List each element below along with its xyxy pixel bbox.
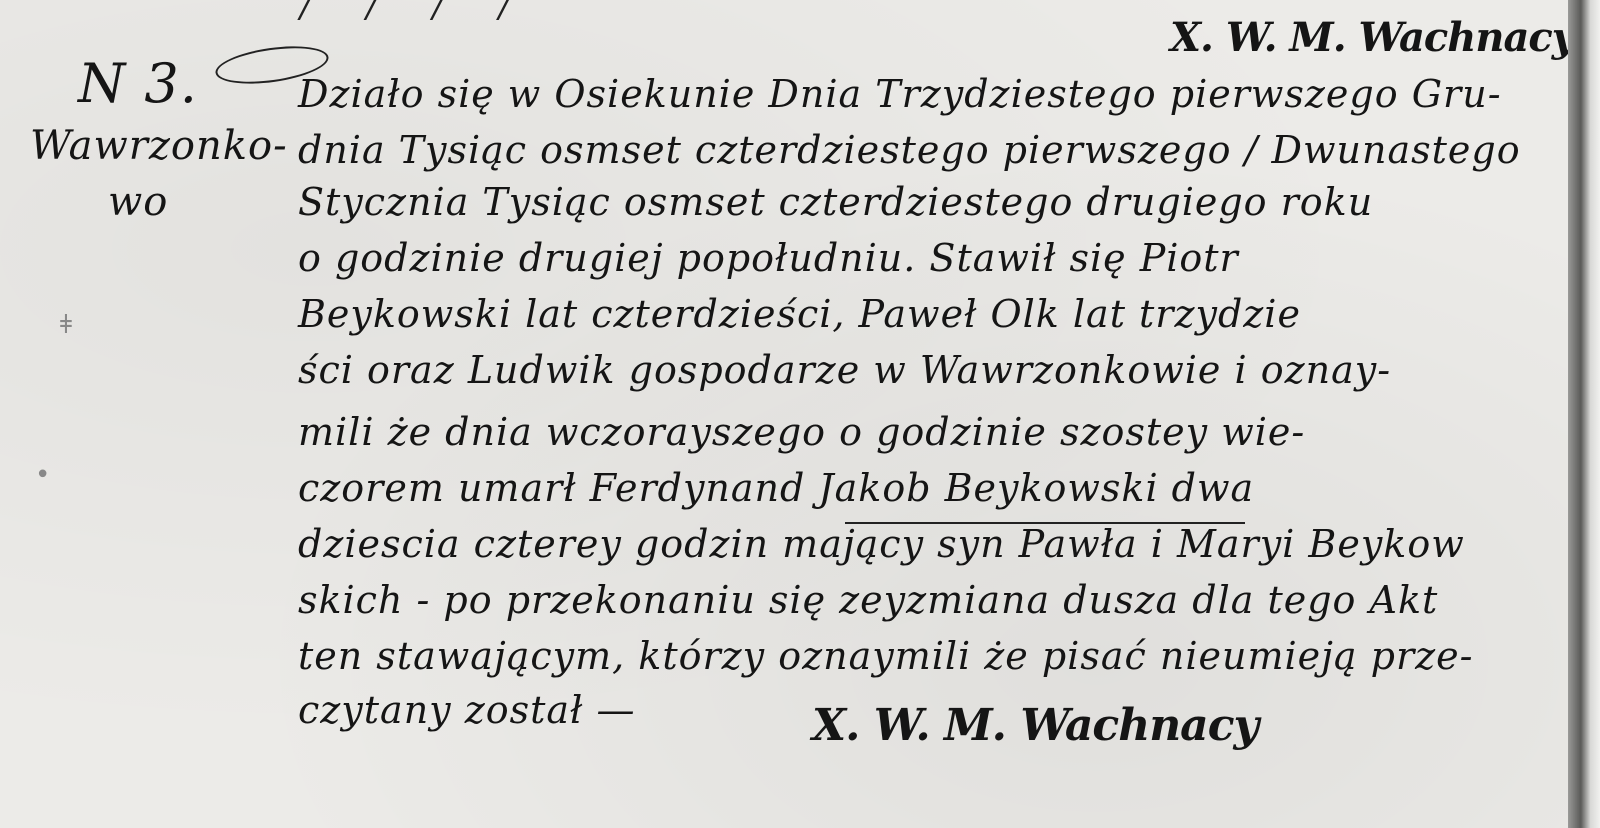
bottom-signature: X. W. M. Wachnacy bbox=[812, 700, 1258, 751]
record-line-4: o godzinie drugiej popołudniu. Stawił si… bbox=[298, 236, 1239, 280]
document-page: / / / / X. W. M. Wachnacy N 3. Wawrzonko… bbox=[0, 0, 1568, 828]
margin-place-line-2: wo bbox=[30, 174, 288, 230]
record-line-10: skich - po przekonaniu się zeyzmiana dus… bbox=[298, 578, 1438, 622]
record-line-9: dziescia czterey godzin mający syn Pawła… bbox=[298, 522, 1465, 566]
record-line-3: Stycznia Tysiąc osmset czterdziestego dr… bbox=[298, 180, 1373, 224]
name-underline bbox=[845, 522, 1245, 524]
top-cut-off-text: / / / / bbox=[300, 0, 532, 26]
record-line-1: Działo się w Osiekunie Dnia Trzydziesteg… bbox=[298, 72, 1502, 116]
record-line-11: ten stawającym, którzy oznaymili że pisa… bbox=[298, 634, 1473, 678]
record-line-8: czorem umarł Ferdynand Jakob Beykowski d… bbox=[298, 466, 1254, 510]
record-line-7: mili że dnia wczorayszego o godzinie szo… bbox=[298, 410, 1305, 454]
record-line-6: ści oraz Ludwik gospodarze w Wawrzonkowi… bbox=[298, 348, 1391, 392]
record-line-12: czytany został — bbox=[298, 688, 635, 732]
record-line-8-text: czorem umarł Ferdynand Jakob Beykowski d… bbox=[298, 466, 1254, 510]
margin-pencil-mark-icon: ǂ bbox=[60, 310, 72, 340]
record-line-5: Beykowski lat czterdzieści, Paweł Olk la… bbox=[298, 292, 1301, 336]
entry-number: N 3. bbox=[78, 52, 198, 115]
margin-dot-icon: • bbox=[35, 460, 50, 490]
book-binding-edge bbox=[1568, 0, 1600, 828]
margin-place-name: Wawrzonko- wo bbox=[30, 118, 288, 230]
margin-place-line-1: Wawrzonko- bbox=[30, 123, 288, 169]
top-signature: X. W. M. Wachnacy bbox=[1170, 14, 1574, 61]
record-line-2: dnia Tysiąc osmset czterdziestego pierws… bbox=[298, 128, 1521, 172]
